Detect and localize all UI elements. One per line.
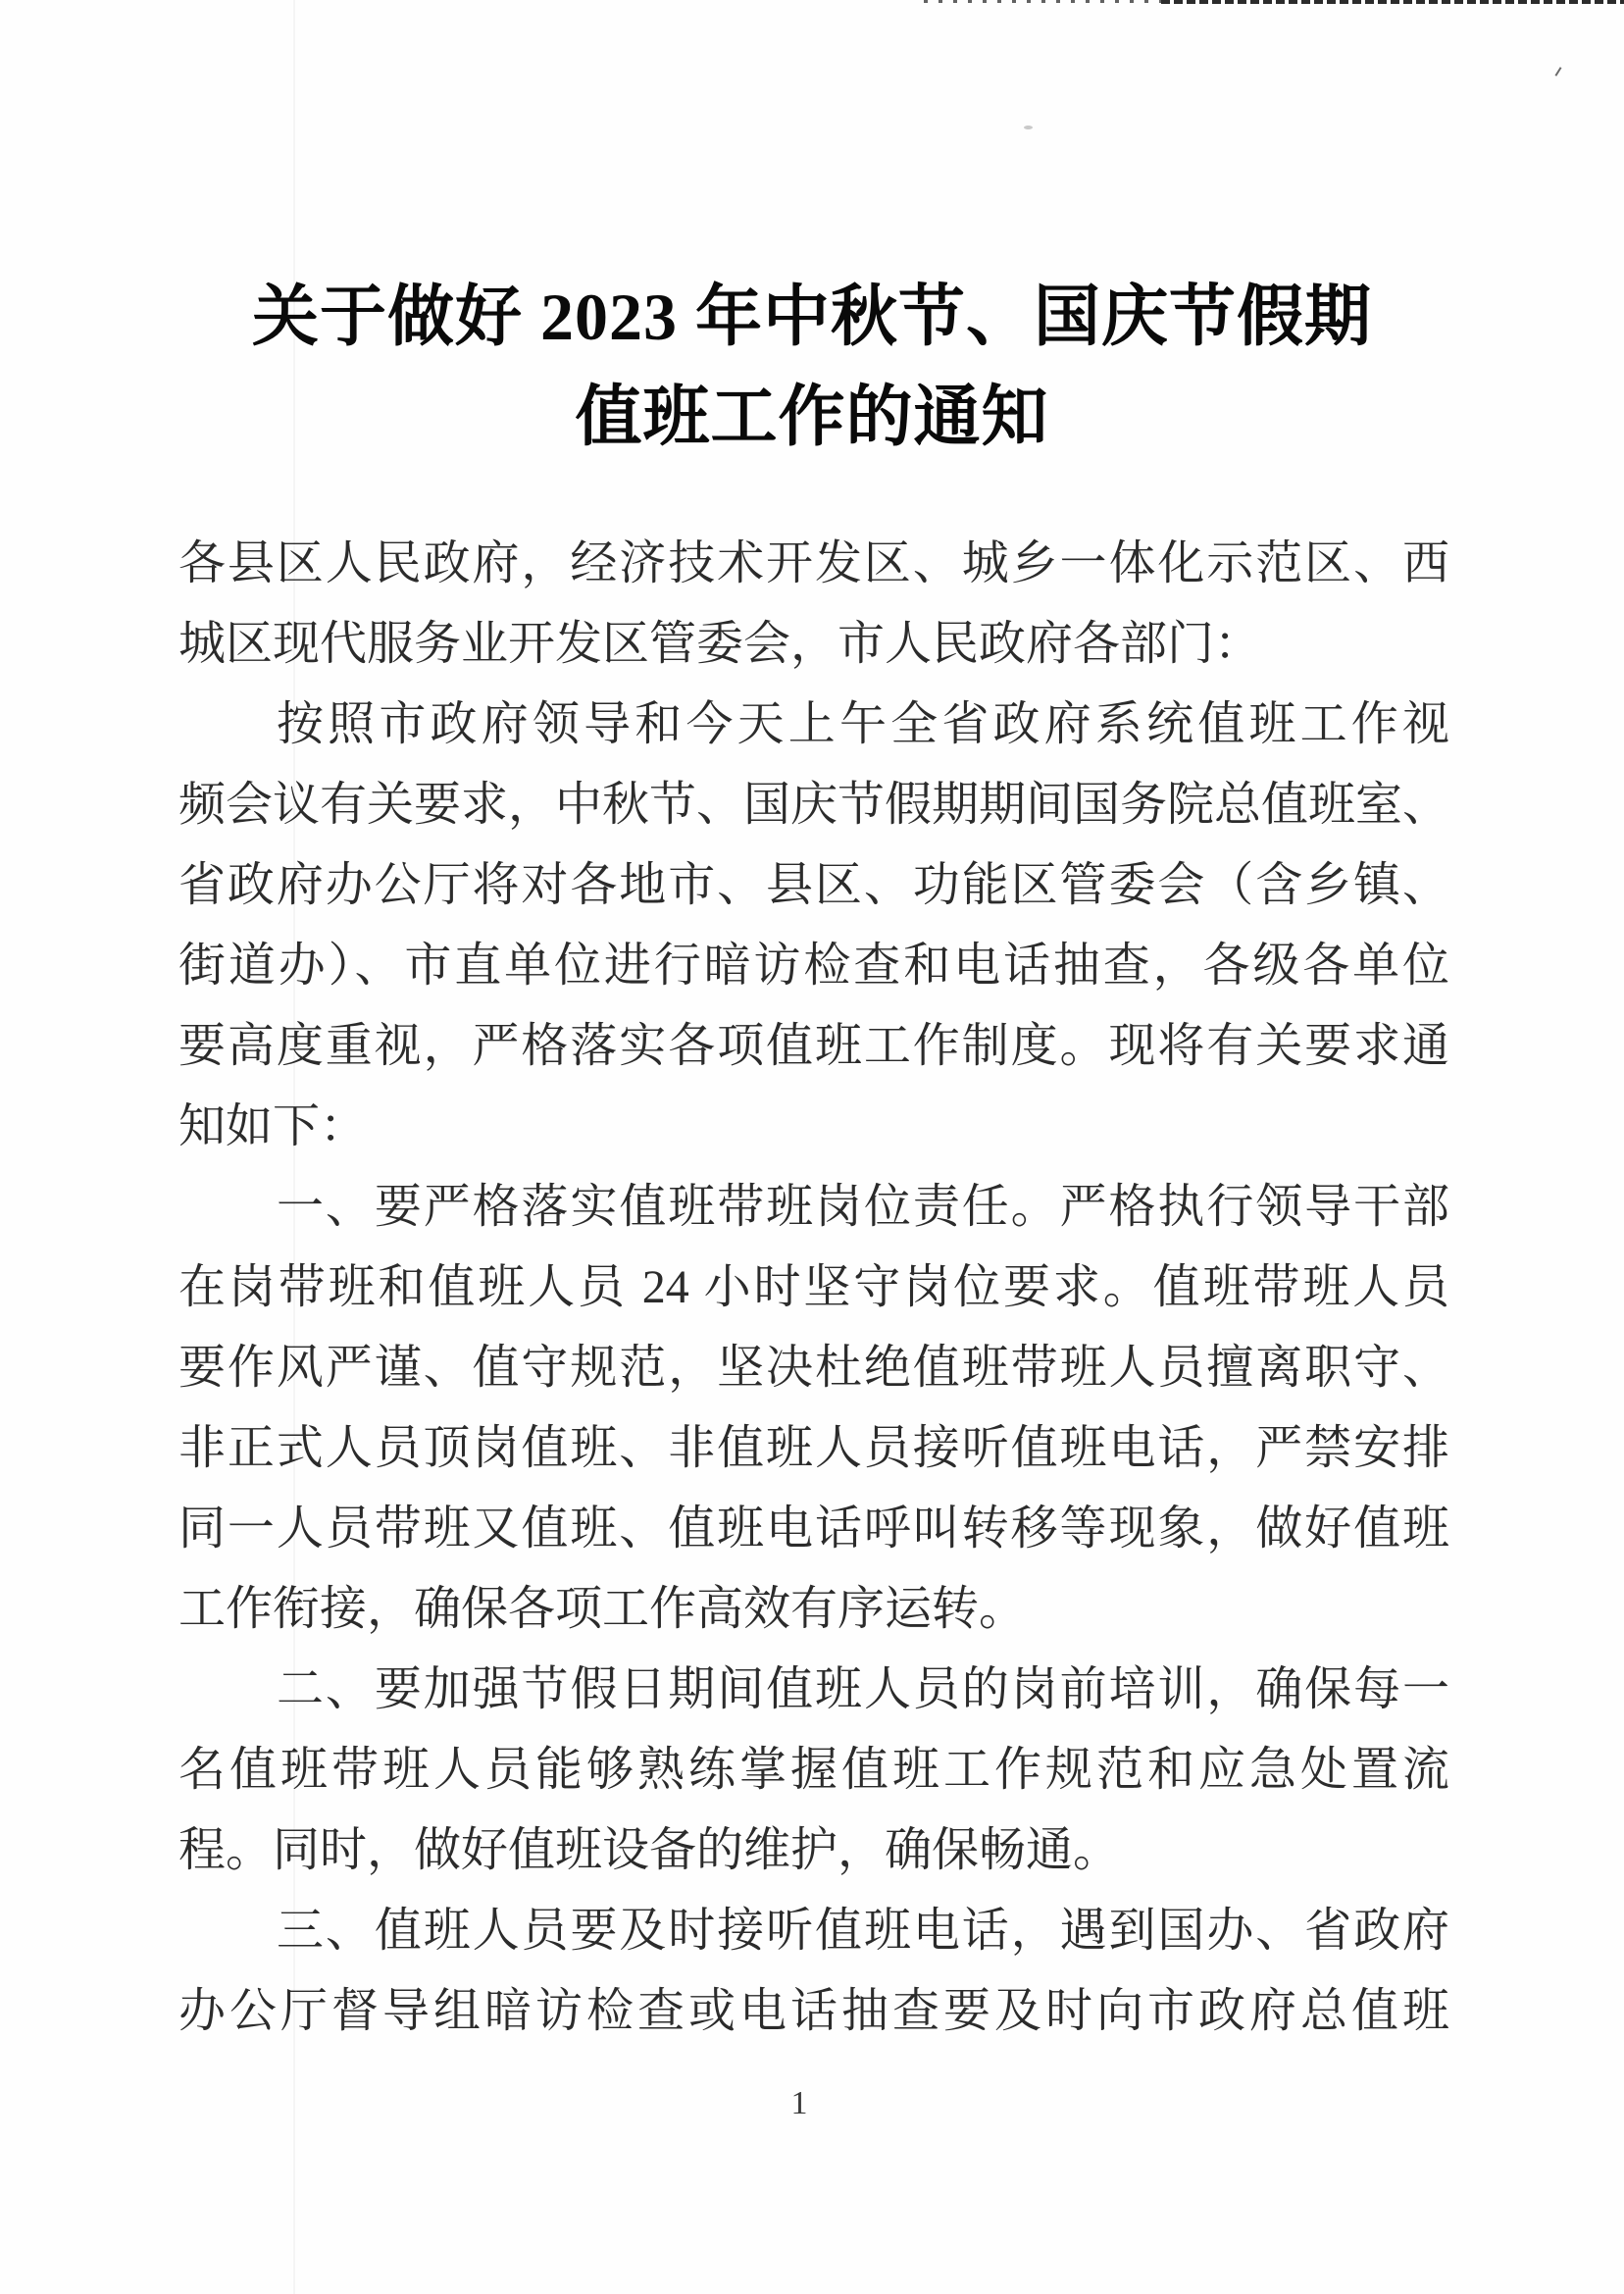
scanned-document-page: 关于做好 2023 年中秋节、国庆节假期 值班工作的通知 各县区人民政府，经济技… [0,0,1624,2294]
document-title: 关于做好 2023 年中秋节、国庆节假期 值班工作的通知 [0,0,1624,467]
body-line: 省政府办公厅将对各地市、县区、功能区管委会（含乡镇、 [178,845,1449,926]
page-number: 1 [0,2085,1599,2122]
body-line: 名值班带班人员能够熟练掌握值班工作规范和应急处置流 [178,1730,1449,1810]
body-line: 办公厅督导组暗访检查或电话抽查要及时向市政府总值班 [178,1971,1449,2052]
body-line: 程。同时，做好值班设备的维护，确保畅通。 [178,1810,1449,1891]
body-line: 要作风严谨、值守规范，坚决杜绝值班带班人员擅离职守、 [178,1328,1449,1408]
body-line: 要高度重视，严格落实各项值班工作制度。现将有关要求通 [178,1006,1449,1087]
scan-noise-top-edge-dense [1161,0,1624,4]
document-body: 各县区人民政府，经济技术开发区、城乡一体化示范区、西 城区现代服务业开发区管委会… [0,524,1624,2052]
body-line: 街道办）、市直单位进行暗访检查和电话抽查，各级各单位 [178,926,1449,1006]
body-line: 在岗带班和值班人员 24 小时坚守岗位要求。值班带班人员 [178,1248,1449,1328]
body-line: 频会议有关要求，中秋节、国庆节假期期间国务院总值班室、 [178,765,1449,845]
scan-smudge [1024,126,1033,129]
body-line: 三、值班人员要及时接听值班电话，遇到国办、省政府 [178,1891,1449,1971]
document-title-line-2: 值班工作的通知 [0,367,1624,467]
scan-noise-top-edge-sparse [924,0,1161,3]
body-line: 知如下： [178,1087,1449,1167]
body-line: 二、要加强节假日期间值班人员的岗前培训，确保每一 [178,1650,1449,1730]
body-line: 工作衔接，确保各项工作高效有序运转。 [178,1569,1449,1650]
scan-fold-line [293,0,295,2294]
document-title-line-1: 关于做好 2023 年中秋节、国庆节假期 [0,267,1624,367]
body-line: 各县区人民政府，经济技术开发区、城乡一体化示范区、西 [178,524,1449,604]
body-line: 非正式人员顶岗值班、非值班人员接听值班电话，严禁安排 [178,1408,1449,1489]
body-line: 同一人员带班又值班、值班电话呼叫转移等现象，做好值班 [178,1489,1449,1569]
body-line: 城区现代服务业开发区管委会，市人民政府各部门： [178,604,1449,685]
body-line: 一、要严格落实值班带班岗位责任。严格执行领导干部 [178,1167,1449,1248]
body-line: 按照市政府领导和今天上午全省政府系统值班工作视 [178,685,1449,765]
